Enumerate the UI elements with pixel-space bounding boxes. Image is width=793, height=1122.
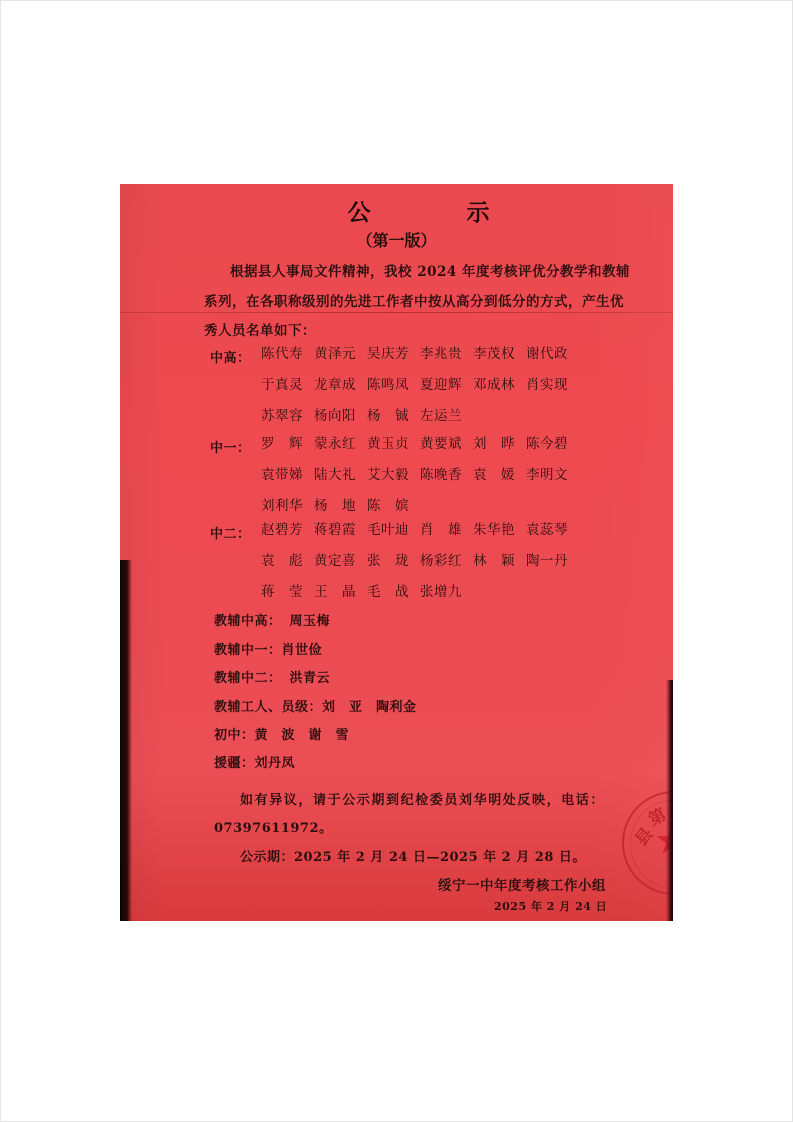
support-row-xinjiang: 援疆：刘丹凤 [214,752,295,771]
person-name: 邓成林 [473,370,526,401]
person-name: 朱华艳 [473,515,526,546]
sheet-shadow-right [666,680,673,921]
publicity-period: 公示期：2025 年 2 月 24 日—2025 年 2 月 28 日。 [240,846,586,865]
support-names: 周玉梅 [290,614,331,629]
person-name: 毛 战 [367,577,420,608]
person-name: 肖实现 [526,370,579,401]
support-names: 黄 波 谢 雪 [255,728,350,743]
person-name: 黄要斌 [420,429,473,460]
support-row-junior: 初中：黄 波 谢 雪 [214,724,349,743]
support-label: 教辅中高： [214,614,282,629]
person-name: 陈鸣凤 [367,370,420,401]
support-label: 教辅中二： [214,671,282,686]
notice-subtitle: （第一版） [120,228,673,251]
person-name: 李明文 [526,460,579,491]
person-name: 袁带娣 [261,460,314,491]
person-name: 夏迎辉 [420,370,473,401]
person-name: 黄定喜 [314,546,367,577]
person-name: 毛叶迪 [367,515,420,546]
support-names: 肖世俭 [282,643,323,658]
person-name: 谢代政 [526,339,579,370]
person-name: 杨 铖 [367,401,420,432]
intro-line-3: 秀人员名单如下： [204,319,316,339]
sheet-shadow-left [120,560,132,921]
person-name: 陈晚香 [420,460,473,491]
person-name: 杨向阳 [314,401,367,432]
person-name: 袁 媛 [473,460,526,491]
signature-org: 绥宁一中年度考核工作小组 [438,874,606,894]
support-names: 刘丹凤 [255,756,296,771]
person-name: 黄泽元 [314,339,367,370]
objection-phone: 07397611972。 [214,817,333,836]
person-name: 赵碧芳 [261,515,314,546]
person-name: 张增九 [420,577,473,608]
person-name: 王 晶 [314,577,367,608]
person-name: 于真灵 [261,370,314,401]
person-name: 林 颖 [473,546,526,577]
support-row-senior: 教辅中高：周玉梅 [214,610,330,629]
notice-title: 公 示 [120,194,673,227]
paper-crease [120,312,673,313]
group-names-senior: 陈代寿黄泽元吴庆芳李兆贵李茂权谢代政于真灵龙章成陈鸣凤夏迎辉邓成林肖实现苏翠容杨… [261,339,579,432]
group-label-intermediate-2: 中二： [210,523,251,542]
support-row-workers: 教辅工人、员级：刘 亚 陶利金 [214,696,417,715]
person-name: 艾大毅 [367,460,420,491]
person-name: 黄玉贞 [367,429,420,460]
person-name: 陈今碧 [526,429,579,460]
person-name: 蒋碧霞 [314,515,367,546]
person-name: 陈代寿 [261,339,314,370]
person-name: 蒋 莹 [261,577,314,608]
objection-line-1: 如有异议，请于公示期到纪检委员刘华明处反映，电话： [240,789,605,808]
person-name: 刘 晔 [473,429,526,460]
person-name: 张 珑 [367,546,420,577]
support-row-intermediate-1: 教辅中一：肖世俭 [214,639,322,658]
person-name: 龙章成 [314,370,367,401]
group-names-intermediate-1: 罗 辉蒙永红黄玉贞黄要斌刘 晔陈今碧袁带娣陆大礼艾大毅陈晚香袁 媛李明文刘利华杨… [261,429,579,522]
person-name: 苏翠容 [261,401,314,432]
intro-line-2: 系列，在各职称级别的先进工作者中按从高分到低分的方式，产生优 [204,290,624,310]
person-name: 袁蕊琴 [526,515,579,546]
person-name: 蒙永红 [314,429,367,460]
group-names-intermediate-2: 赵碧芳蒋碧霞毛叶迪肖 雄朱华艳袁蕊琴袁 彪黄定喜张 珑杨彩红林 颖陶一丹蒋 莹王… [261,515,579,608]
person-name: 李兆贵 [420,339,473,370]
person-name: 杨彩红 [420,546,473,577]
group-label-senior: 中高： [210,347,251,366]
intro-line-1: 根据县人事局文件精神，我校 2024 年度考核评优分教学和教辅 [230,260,630,280]
support-names: 洪青云 [290,671,331,686]
support-label: 援疆： [214,756,255,771]
person-name: 袁 彪 [261,546,314,577]
support-names: 刘 亚 陶利金 [322,700,417,715]
person-name: 罗 辉 [261,429,314,460]
person-name: 陶一丹 [526,546,579,577]
person-name: 左运兰 [420,401,473,432]
support-label: 教辅中一： [214,643,282,658]
support-row-intermediate-2: 教辅中二：洪青云 [214,667,330,686]
support-label: 教辅工人、员级： [214,700,322,715]
person-name: 肖 雄 [420,515,473,546]
group-label-intermediate-1: 中一： [210,437,251,456]
person-name: 吴庆芳 [367,339,420,370]
person-name: 陆大礼 [314,460,367,491]
signature-date: 2025 年 2 月 24 日 [494,898,607,914]
support-label: 初中： [214,728,255,743]
person-name: 李茂权 [473,339,526,370]
red-notice-sheet: 公 示 （第一版） 根据县人事局文件精神，我校 2024 年度考核评优分教学和教… [120,184,673,921]
